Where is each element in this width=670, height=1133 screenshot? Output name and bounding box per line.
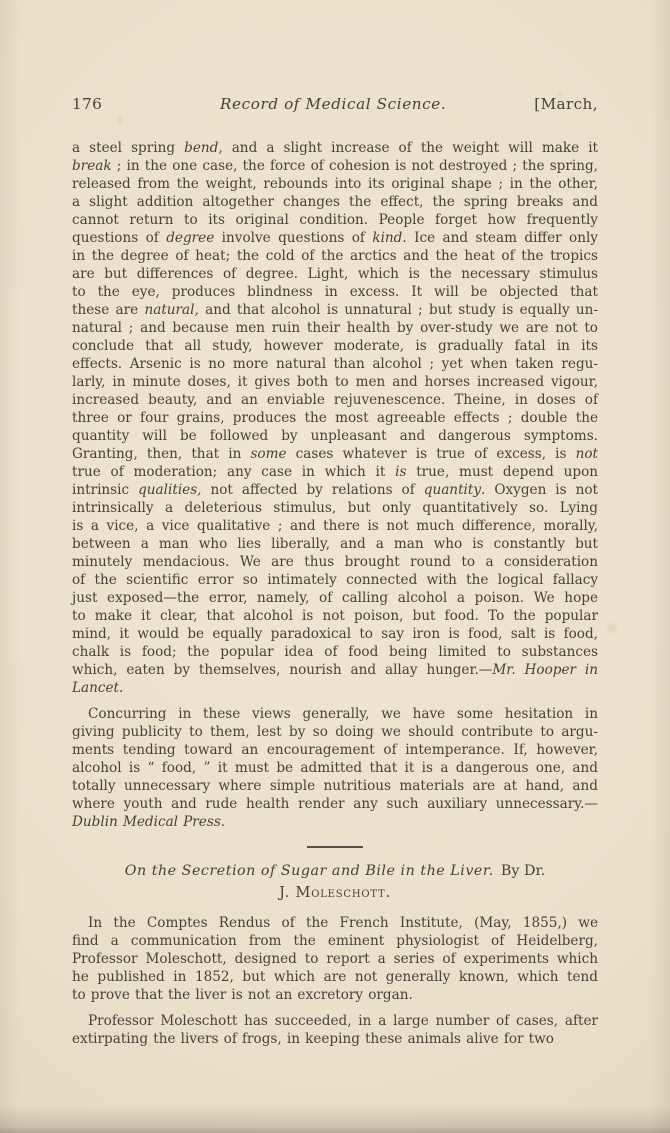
page-number: 176 <box>72 95 132 113</box>
article-title: On the Secretion of Sugar and Bile in th… <box>125 863 494 879</box>
text-line: effects. Arsenic is no more natural than… <box>72 355 598 373</box>
text-line: of the scientific error so intimately co… <box>72 571 598 589</box>
text-line: increased beauty, and an enviable rejuve… <box>72 391 598 409</box>
text-line: Concurring in these views generally, we … <box>72 705 598 723</box>
text-line: minutely mendacious. We are thus brought… <box>72 553 598 571</box>
text-line: to the eye, produces blindness in excess… <box>72 283 598 301</box>
text-line: giving publicity to them, lest by so doi… <box>72 723 598 741</box>
text-line: In the Comptes Rendus of the French Inst… <box>72 914 598 932</box>
text-line: totally unnecessary where simple nutriti… <box>72 777 598 795</box>
text-line: intrinsically a deleterious stimulus, bu… <box>72 499 598 517</box>
text-line: natural ; and because men ruin their hea… <box>72 319 598 337</box>
page-content: a steel spring bend, and a slight increa… <box>72 139 598 1048</box>
text-line: true of moderation; any case in which it… <box>72 463 598 481</box>
text-line: chalk is food; the popular idea of food … <box>72 643 598 661</box>
paragraph: In the Comptes Rendus of the French Inst… <box>72 914 598 1004</box>
text-line: are but differences of degree. Light, wh… <box>72 265 598 283</box>
text-line: where youth and rude health render any s… <box>72 795 598 813</box>
text-line: a steel spring bend, and a slight increa… <box>72 139 598 157</box>
text-line: extirpating the livers of frogs, in keep… <box>72 1030 598 1048</box>
text-line: find a communication from the eminent ph… <box>72 932 598 950</box>
text-line: released from the weight, rebounds into … <box>72 175 598 193</box>
text-line: ments tending toward an encouragement of… <box>72 741 598 759</box>
text-line: alcohol is “ food, ” it must be admitted… <box>72 759 598 777</box>
article-title-line: On the Secretion of Sugar and Bile in th… <box>72 861 598 882</box>
text-line: break ; in the one case, the force of co… <box>72 157 598 175</box>
text-line: to make it clear, that alcohol is not po… <box>72 607 598 625</box>
article-author: J. Moleschott. <box>72 882 598 903</box>
paragraph: Professor Moleschott has succeeded, in a… <box>72 1012 598 1048</box>
text-line: Granting, then, that in some cases whate… <box>72 445 598 463</box>
issue-date: [March, <box>534 95 598 113</box>
text-line: is a vice, a vice qualitative ; and ther… <box>72 517 598 535</box>
text-line: in the degree of heat; the cold of the a… <box>72 247 598 265</box>
text-line: conclude that all study, however moderat… <box>72 337 598 355</box>
text-line: three or four grains, produces the most … <box>72 409 598 427</box>
paragraph: Concurring in these views generally, we … <box>72 705 598 831</box>
text-line: which, eaten by themselves, nourish and … <box>72 661 598 679</box>
scanned-page: 176 Record of Medical Science. [March, a… <box>0 0 670 1133</box>
text-line: Dublin Medical Press. <box>72 813 598 831</box>
text-line: Professor Moleschott, designed to report… <box>72 950 598 968</box>
text-line: to prove that the liver is not an excret… <box>72 986 598 1004</box>
article-byline: By Dr. <box>494 863 546 879</box>
section-divider <box>307 846 363 848</box>
text-line: cannot return to its original condition.… <box>72 211 598 229</box>
text-line: Lancet. <box>72 679 598 697</box>
paragraph: a steel spring bend, and a slight increa… <box>72 139 598 697</box>
running-title: Record of Medical Science. <box>220 95 446 113</box>
text-line: these are natural, and that alcohol is u… <box>72 301 598 319</box>
text-line: intrinsic qualities, not affected by rel… <box>72 481 598 499</box>
text-line: questions of degree involve questions of… <box>72 229 598 247</box>
page-header: 176 Record of Medical Science. [March, <box>72 95 598 113</box>
text-line: larly, in minute doses, it gives both to… <box>72 373 598 391</box>
text-line: just exposed—the error, namely, of calli… <box>72 589 598 607</box>
text-line: he published in 1852, but which are not … <box>72 968 598 986</box>
text-line: between a man who lies liberally, and a … <box>72 535 598 553</box>
text-line: quantity will be followed by unpleasant … <box>72 427 598 445</box>
article-heading: On the Secretion of Sugar and Bile in th… <box>72 861 598 903</box>
text-line: a slight addition altogether changes the… <box>72 193 598 211</box>
text-line: mind, it would be equally paradoxical to… <box>72 625 598 643</box>
text-line: Professor Moleschott has succeeded, in a… <box>72 1012 598 1030</box>
